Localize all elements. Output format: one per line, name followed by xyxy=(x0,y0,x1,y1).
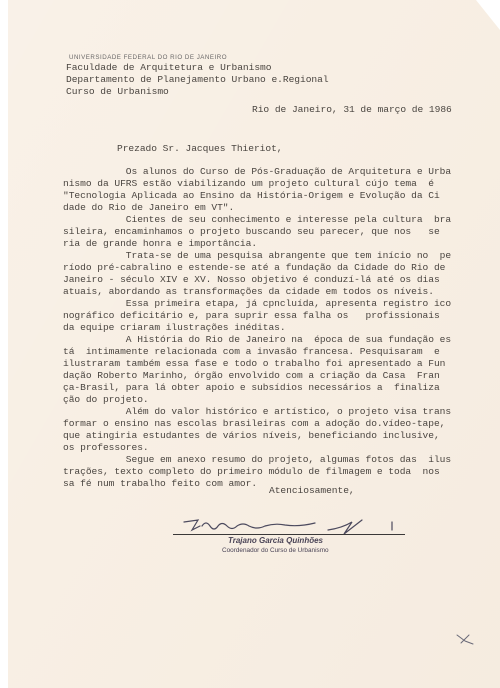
body-line: dade do Rio de Janeiro em VT". xyxy=(63,202,234,214)
pencil-check-mark-icon xyxy=(455,632,475,646)
body-line: atuais, abordando as transformações da c… xyxy=(63,286,434,298)
signature-line xyxy=(173,534,405,535)
body-line: trações, texto completo do primeiro módu… xyxy=(63,466,440,478)
letterhead-department: Departamento de Planejamento Urbano e.Re… xyxy=(66,74,329,86)
body-line: sa fé num trabalho feito com amor. xyxy=(63,478,257,490)
handwritten-signature-icon xyxy=(178,512,418,536)
body-line: Essa primeira etapa, já cpncluída, apres… xyxy=(63,298,451,310)
body-line: ria de grande honra e importância. xyxy=(63,238,257,250)
body-line: Os alunos do Curso de Pós-Graduação de A… xyxy=(63,166,451,178)
signatory-title: Coordenador do Curso de Urbanismo xyxy=(222,547,329,554)
body-line: nismo da UFRS estão viabilizando um proj… xyxy=(63,178,434,190)
letterhead-course: Curso de Urbanismo xyxy=(66,86,169,98)
body-line: sileira, encaminhamos o projeto buscando… xyxy=(63,226,440,238)
body-line: "Tecnologia Aplicada ao Ensino da Histór… xyxy=(63,190,440,202)
body-line: dação Roberto Marinho, órgão envolvido c… xyxy=(63,370,440,382)
body-line: que atingiria estudantes de vários nívei… xyxy=(63,430,440,442)
closing: Atenciosamente, xyxy=(269,485,355,497)
body-line: Janeiro - século XIV e XV. Nosso objetiv… xyxy=(63,274,440,286)
body-line: Além do valor histórico e artístico, o p… xyxy=(63,406,451,418)
body-line: ça-Brasil, para lá obter apoio e subsídi… xyxy=(63,382,440,394)
letterhead-university: UNIVERSIDADE FEDERAL DO RIO DE JANEIRO xyxy=(69,54,227,61)
body-line: ilustraram também essa fase e todo o tra… xyxy=(63,358,445,370)
body-line: Segue em anexo resumo do projeto, alguma… xyxy=(63,454,451,466)
salutation: Prezado Sr. Jacques Thieriot, xyxy=(117,143,283,155)
body-line: Trata-se de uma pesquisa abrangente que … xyxy=(63,250,451,262)
body-line: os professores. xyxy=(63,442,149,454)
body-line: A História do Rio de Janeiro na época de… xyxy=(63,334,451,346)
letterhead-faculty: Faculdade de Arquitetura e Urbanismo xyxy=(66,62,271,74)
date-line: Rio de Janeiro, 31 de março de 1986 xyxy=(252,104,452,116)
body-line: da equipe criaram ilustrações inéditas. xyxy=(63,322,286,334)
body-line: formar o ensino nas escolas brasileiras … xyxy=(63,418,445,430)
body-line: nográfico deficitário e, para suprir ess… xyxy=(63,310,440,322)
body-line: Cientes de seu conhecimento e interesse … xyxy=(63,214,451,226)
body-line: ríodo pré-cabralino e estende-se até a f… xyxy=(63,262,445,274)
signatory-name: Trajano Garcia Quinhões xyxy=(228,536,323,545)
body-line: tá intimamente relacionada com a invasão… xyxy=(63,346,440,358)
body-line: ção do projeto. xyxy=(63,394,149,406)
